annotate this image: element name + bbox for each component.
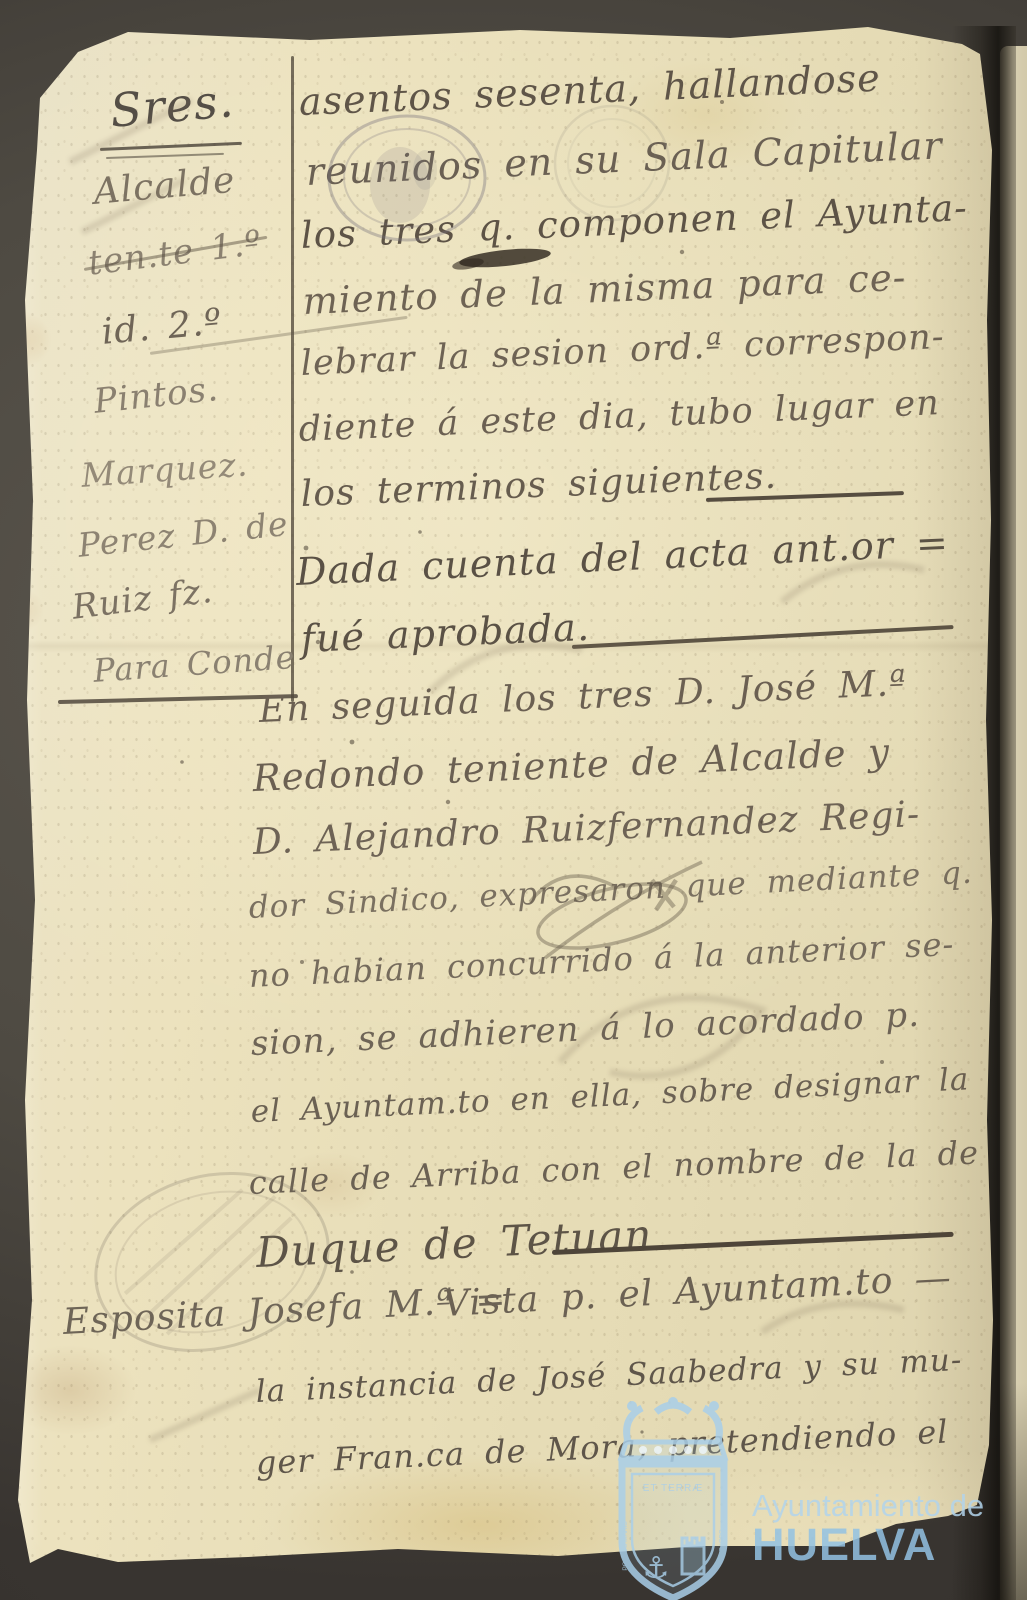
ink-specks — [180, 90, 884, 1434]
showthrough-ghost-strokes — [70, 100, 924, 1440]
faint-round-stamp — [555, 106, 669, 220]
anchor-icon: ⚓ — [643, 1551, 670, 1586]
showthrough-oval-stamp — [76, 1148, 348, 1375]
manuscript-page: Sres. Alcalde ten.te 1.º id. 2.º Pintos.… — [0, 0, 1027, 1600]
official-oval-stamp — [329, 116, 485, 240]
pencil-rubric-scribble — [530, 862, 702, 961]
ink-blot — [451, 245, 551, 271]
scanned-manuscript-photo: Sres. Alcalde ten.te 1.º id. 2.º Pintos.… — [0, 0, 1027, 1600]
ink-marks-layer — [0, 0, 1027, 1600]
